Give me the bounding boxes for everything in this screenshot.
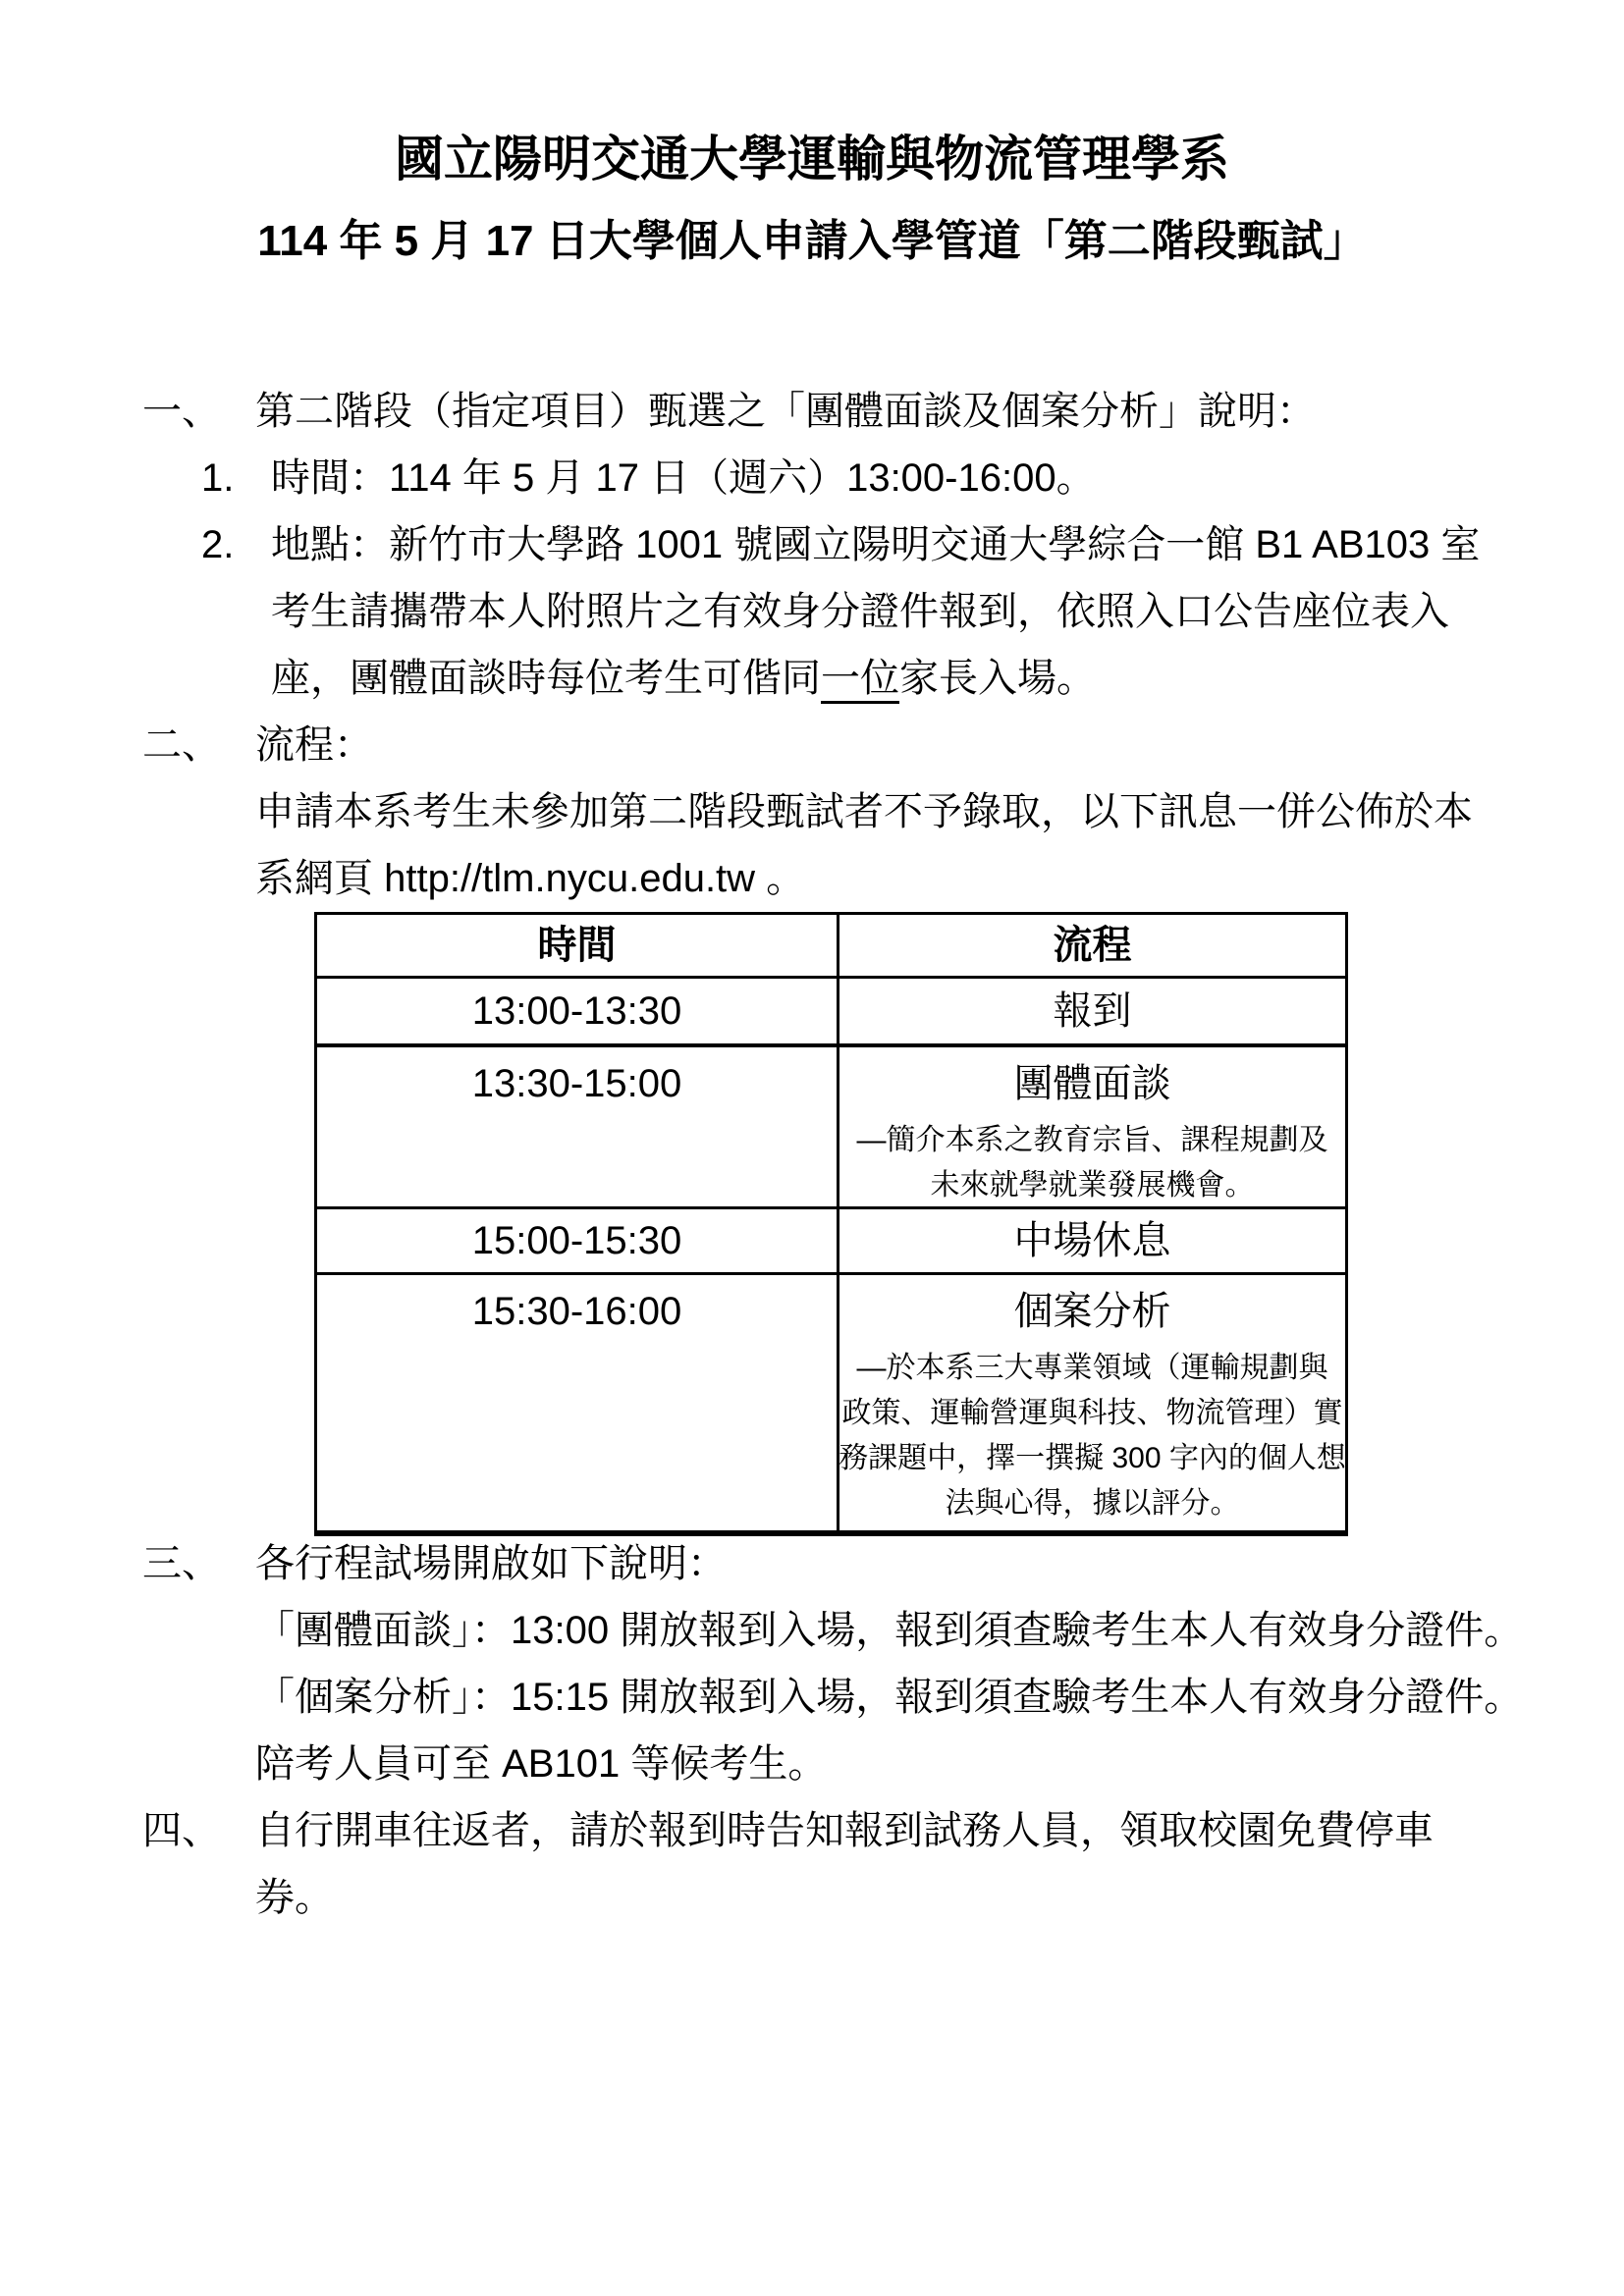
venue-rule-group-interview: 「團體面談」：13:00 開放報到入場，報到須查驗考生本人有效身分證件。: [255, 1597, 1624, 1664]
col-header-time: 時間: [317, 915, 837, 976]
section-1-heading: 第二階段（指定項目）甄選之「團體面談及個案分析」說明：: [255, 378, 1624, 445]
location-line-3-post: 家長入場。: [899, 657, 1096, 700]
cell-time: 13:30-15:00: [317, 1047, 837, 1206]
document-page: 國立陽明交通大學運輸與物流管理學系 114 年 5 月 17 日大學個人申請入學…: [0, 0, 1624, 2296]
parking-line-1: 自行開車往返者，請於報到時告知報到試務人員，領取校園免費停車: [255, 1797, 1624, 1864]
section-4-marker: 四、: [142, 1797, 255, 1864]
section-3-marker: 三、: [142, 1530, 255, 1597]
list-item-1-text: 時間：114 年 5 月 17 日（週六）13:00-16:00。: [271, 445, 1624, 511]
col-header-process: 流程: [837, 915, 1345, 976]
cell-process: 中場休息: [837, 1209, 1345, 1272]
process-desc-line: 法與心得，據以評分。: [946, 1481, 1240, 1526]
section-3: 三、 各行程試場開啟如下說明： 「團體面談」：13:00 開放報到入場，報到須查…: [0, 1530, 1624, 1797]
schedule-table: 時間 流程 13:00-13:30 報到 13:30-15:00: [314, 912, 1348, 1536]
list-item-location: 2. 地點：新竹市大學路 1001 號國立陽明交通大學綜合一館 B1 AB103…: [0, 511, 1624, 712]
table-row-break: 15:00-15:30 中場休息: [317, 1206, 1345, 1272]
process-desc-line: —於本系三大專業領域（運輸規劃與: [857, 1346, 1328, 1391]
parking-line-2: 券。: [255, 1864, 1624, 1931]
section-4: 四、 自行開車往返者，請於報到時告知報到試務人員，領取校園免費停車 券。: [0, 1797, 1624, 1931]
table-row-group-interview: 13:30-15:00 團體面談 —簡介本系之教育宗旨、課程規劃及 未來就學就業…: [317, 1043, 1345, 1206]
section-1-marker: 一、: [142, 378, 255, 445]
section-1: 一、 第二階段（指定項目）甄選之「團體面談及個案分析」說明：: [0, 378, 1624, 445]
process-desc-line: 務課題中，擇一撰擬 300 字內的個人想: [839, 1436, 1345, 1481]
process-desc-line: 政策、運輸營運與科技、物流管理）實: [842, 1391, 1343, 1436]
location-line-2: 考生請攜帶本人附照片之有效身分證件報到，依照入口公告座位表入: [271, 578, 1624, 645]
cell-time: 13:00-13:30: [317, 979, 837, 1043]
location-line-3-pre: 座，團體面談時每位考生可偕同: [271, 657, 821, 700]
section-2-heading: 流程：: [255, 712, 1624, 778]
list-item-2-number: 2.: [201, 511, 271, 578]
table-header-row: 時間 流程: [317, 915, 1345, 976]
location-line-1: 地點：新竹市大學路 1001 號國立陽明交通大學綜合一館 B1 AB103 室: [271, 511, 1624, 578]
process-paragraph-line-2-with-url: 系網頁 http://tlm.nycu.edu.tw 。: [255, 845, 1624, 912]
section-2: 二、 流程： 申請本系考生未參加第二階段甄試者不予錄取，以下訊息一併公佈於本 系…: [0, 712, 1624, 912]
cell-time: 15:30-16:00: [317, 1275, 837, 1530]
page-title: 國立陽明交通大學運輸與物流管理學系: [0, 126, 1624, 192]
cell-process: 團體面談 —簡介本系之教育宗旨、課程規劃及 未來就學就業發展機會。: [837, 1047, 1345, 1206]
section-2-marker: 二、: [142, 712, 255, 778]
cell-time: 15:00-15:30: [317, 1209, 837, 1272]
venue-rule-companion: 陪考人員可至 AB101 等候考生。: [255, 1731, 1624, 1797]
table-row-checkin: 13:00-13:30 報到: [317, 976, 1345, 1043]
location-line-3: 座，團體面談時每位考生可偕同一位家長入場。: [271, 645, 1624, 712]
list-item-time: 1. 時間：114 年 5 月 17 日（週六）13:00-16:00。: [0, 445, 1624, 511]
cell-process: 個案分析 —於本系三大專業領域（運輸規劃與 政策、運輸營運與科技、物流管理）實 …: [837, 1275, 1345, 1530]
venue-rule-case-analysis: 「個案分析」：15:15 開放報到入場，報到須查驗考生本人有效身分證件。: [255, 1664, 1624, 1731]
document-content: 國立陽明交通大學運輸與物流管理學系 114 年 5 月 17 日大學個人申請入學…: [0, 0, 1624, 1931]
process-paragraph-line-1: 申請本系考生未參加第二階段甄試者不予錄取，以下訊息一併公佈於本: [255, 778, 1624, 845]
process-desc-line: —簡介本系之教育宗旨、課程規劃及: [857, 1118, 1328, 1163]
underlined-one-person: 一位: [821, 657, 899, 700]
cell-process: 報到: [837, 979, 1345, 1043]
page-subtitle: 114 年 5 月 17 日大學個人申請入學管道「第二階段甄試」: [0, 208, 1624, 275]
table-row-case-analysis: 15:30-16:00 個案分析 —於本系三大專業領域（運輸規劃與 政策、運輸營…: [317, 1272, 1345, 1530]
process-desc-line: 未來就學就業發展機會。: [931, 1163, 1255, 1206]
section-3-heading: 各行程試場開啟如下說明：: [255, 1530, 1624, 1597]
list-item-1-number: 1.: [201, 445, 271, 511]
